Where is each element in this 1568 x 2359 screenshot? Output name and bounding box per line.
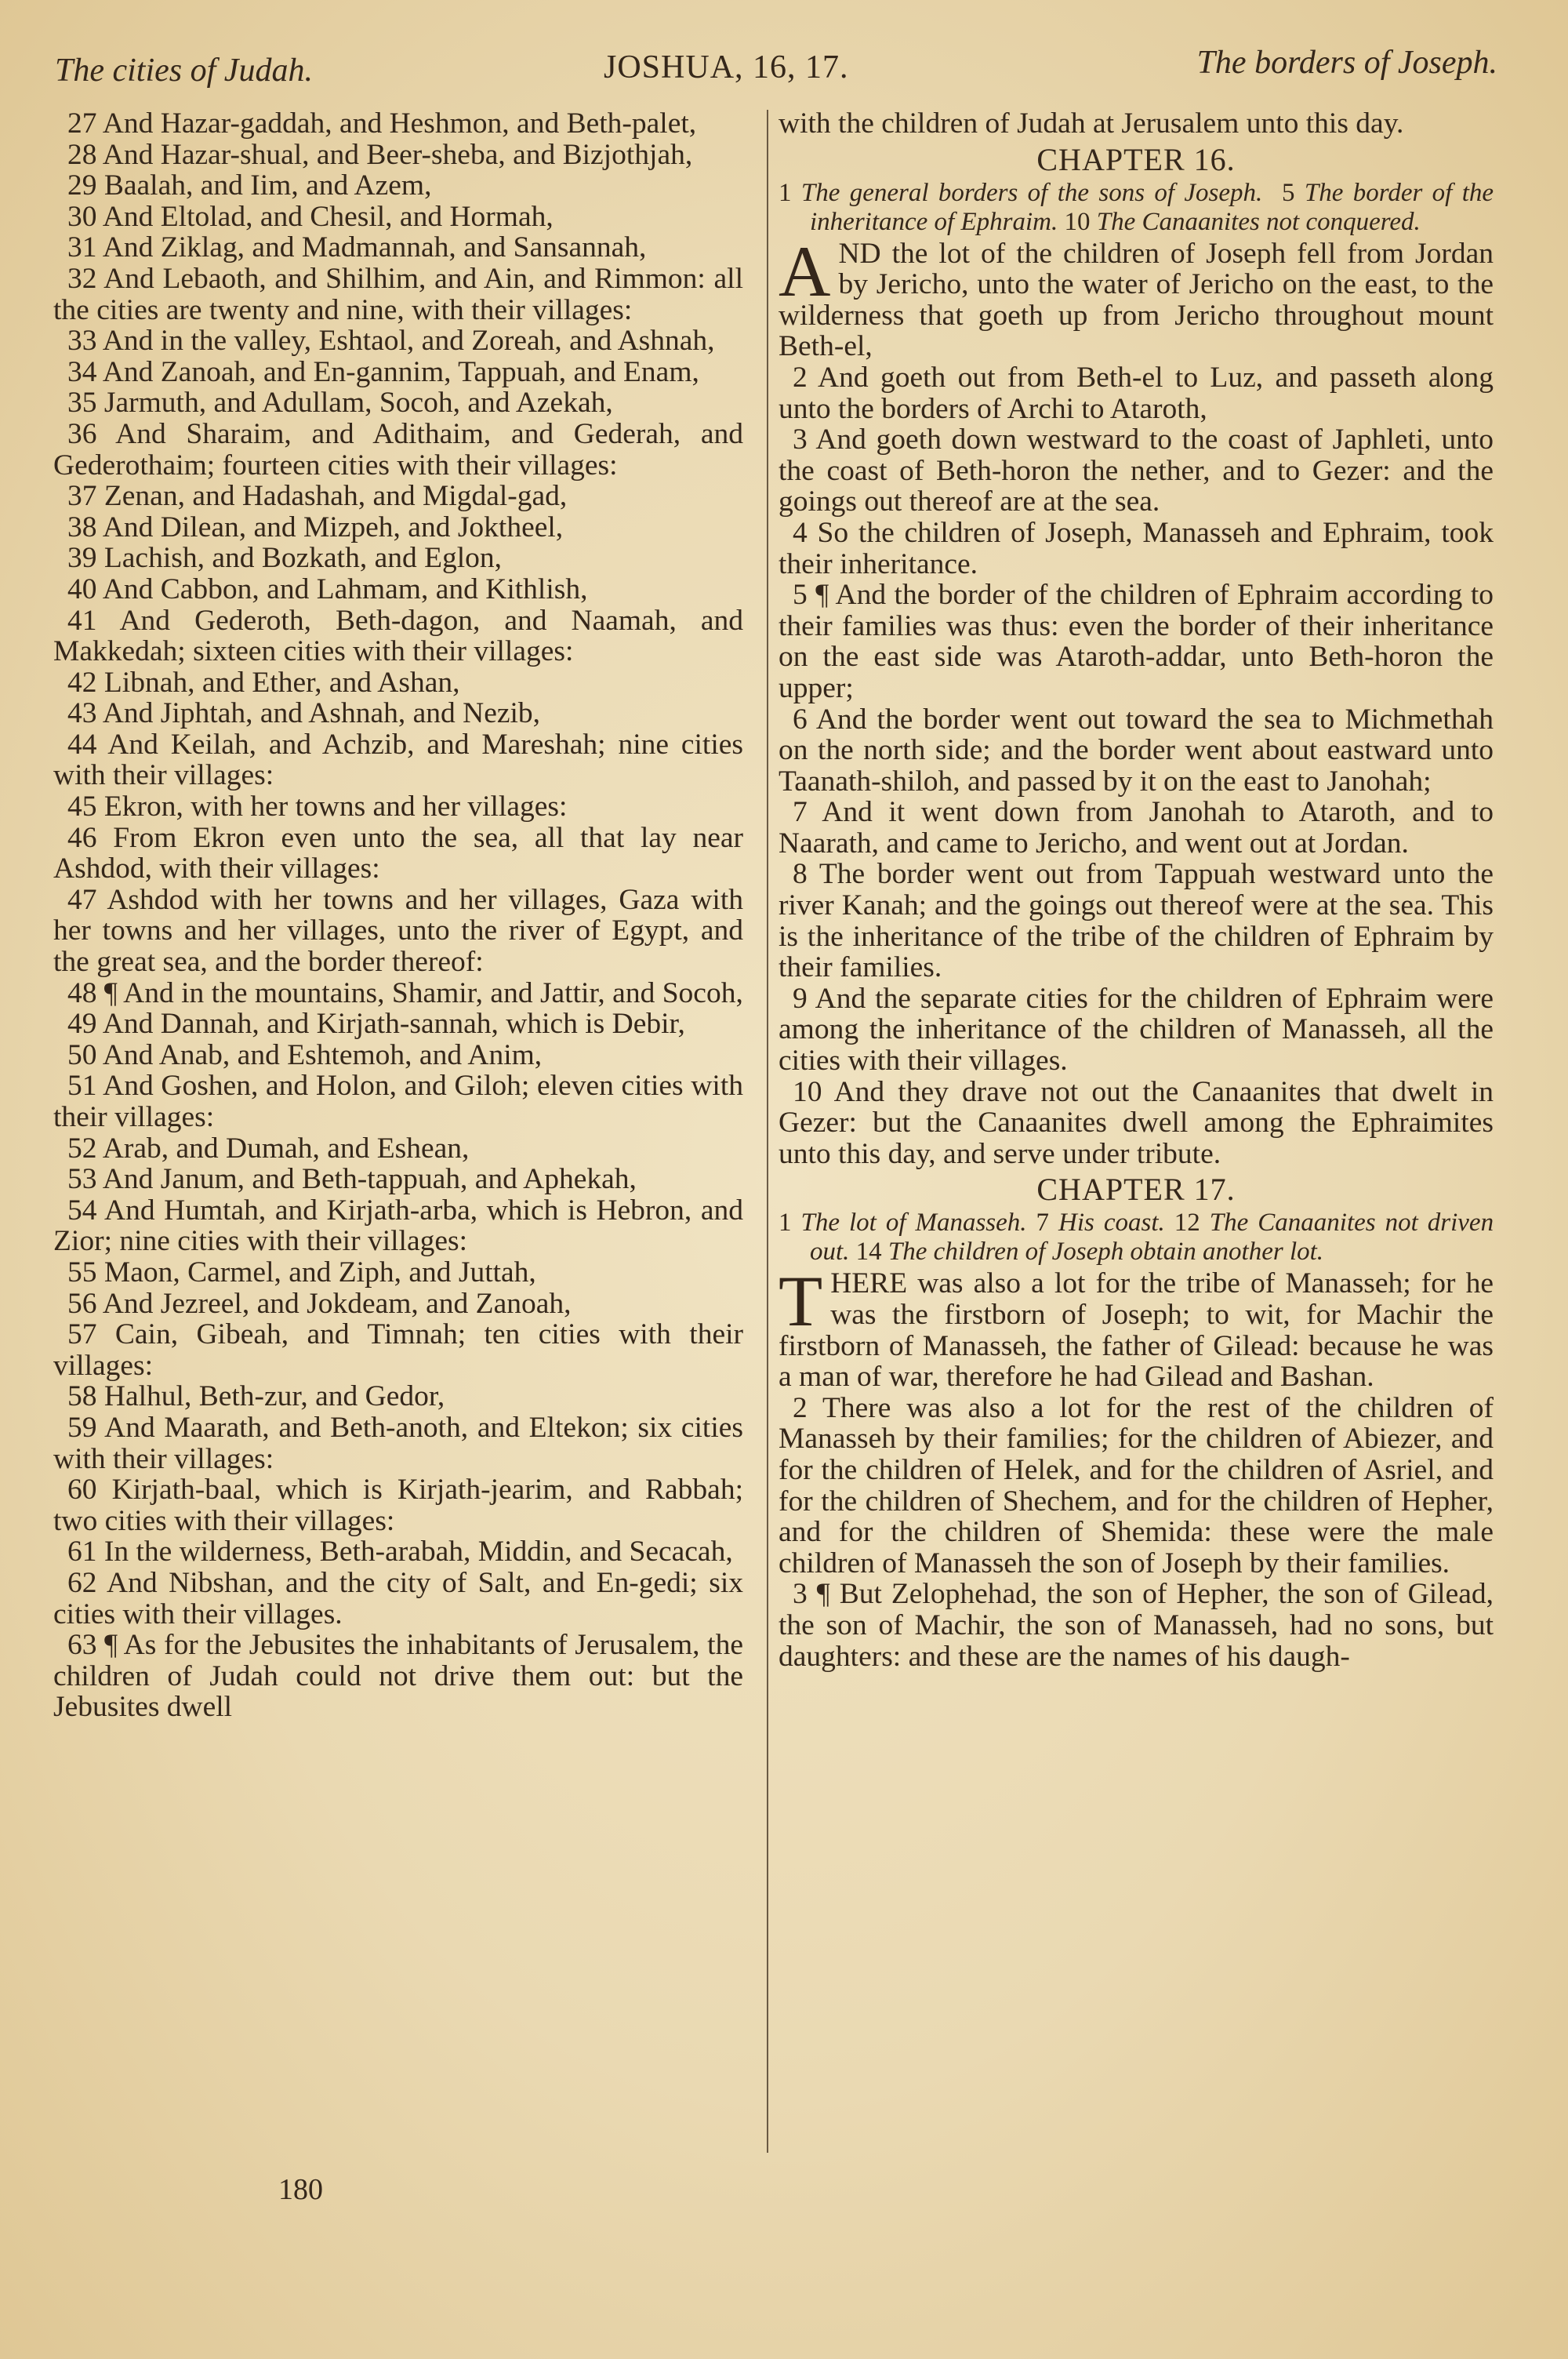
verse-text: And goeth down westward to the coast of … xyxy=(779,423,1494,518)
verse-number: 55 xyxy=(67,1256,97,1289)
verse-number: 46 xyxy=(67,822,97,854)
verse-text: And Cabbon, and Lahmam, and Kithlish, xyxy=(103,573,588,605)
verse: 9 And the separate cities for the childr… xyxy=(779,983,1494,1077)
verse: 38 And Dilean, and Mizpeh, and Joktheel, xyxy=(53,512,743,543)
verse: 57 Cain, Gibeah, and Timnah; ten cities … xyxy=(53,1319,743,1381)
verse: 35 Jarmuth, and Adullam, Socoh, and Azek… xyxy=(53,387,743,419)
verse: 53 And Janum, and Beth-tappuah, and Aphe… xyxy=(53,1164,743,1195)
verse: 32 And Lebaoth, and Shilhim, and Ain, an… xyxy=(53,264,743,325)
chapter-16-verses: 2 And goeth out from Beth-el to Luz, and… xyxy=(779,362,1494,1169)
verse: 55 Maon, Carmel, and Ziph, and Juttah, xyxy=(53,1257,743,1289)
verse-text: And in the valley, Eshtaol, and Zoreah, … xyxy=(103,325,715,357)
verse: 49 And Dannah, and Kirjath-sannah, which… xyxy=(53,1009,743,1040)
verse-number: 3 xyxy=(793,423,808,456)
verse-text: There was also a lot for the rest of the… xyxy=(779,1392,1494,1579)
verse-number: 28 xyxy=(67,139,97,171)
verse: 4 So the children of Joseph, Manasseh an… xyxy=(779,518,1494,580)
verse: 52 Arab, and Dumah, and Eshean, xyxy=(53,1133,743,1165)
verse-number: 62 xyxy=(67,1567,97,1599)
left-column: 27 And Hazar-gaddah, and Heshmon, and Be… xyxy=(53,108,743,1723)
verse-text: From Ekron even unto the sea, all that l… xyxy=(53,822,743,885)
verse: 7 And it went down from Janohah to Ataro… xyxy=(779,797,1494,859)
verse-text: And Hazar-shual, and Beer-sheba, and Biz… xyxy=(103,139,692,171)
verse-number: 50 xyxy=(67,1039,97,1071)
verse: 60 Kirjath-baal, which is Kirjath-jearim… xyxy=(53,1474,743,1536)
verse-text: And the border went out toward the sea t… xyxy=(779,703,1494,798)
verse-number: 27 xyxy=(67,107,97,140)
verse-number: 34 xyxy=(67,356,97,388)
verse-number: 54 xyxy=(67,1194,97,1227)
verse: 5 ¶ And the border of the children of Ep… xyxy=(779,580,1494,703)
chapter-16-title: CHAPTER 16. xyxy=(779,143,1494,177)
verse-text: ¶ As for the Jebusites the inhabitants o… xyxy=(53,1629,743,1723)
verse-number: 49 xyxy=(67,1008,97,1040)
verse-number: 38 xyxy=(67,511,97,543)
verse-text: And Humtah, and Kirjath-arba, which is H… xyxy=(53,1194,743,1258)
verse-text: ¶ But Zelophehad, the son of Hepher, the… xyxy=(779,1578,1494,1672)
verse-text: Zenan, and Hadashah, and Migdal-gad, xyxy=(104,480,567,512)
verse-text: And Keilah, and Achzib, and Mareshah; ni… xyxy=(53,729,743,792)
verse-text: So the children of Joseph, Manasseh and … xyxy=(779,517,1494,580)
header-left: The cities of Judah. xyxy=(55,52,313,89)
verse: 37 Zenan, and Hadashah, and Migdal-gad, xyxy=(53,481,743,512)
verse: 33 And in the valley, Eshtaol, and Zorea… xyxy=(53,325,743,357)
verse-text: And Sharaim, and Adithaim, and Gederah, … xyxy=(53,418,743,482)
verse: 2 And goeth out from Beth-el to Luz, and… xyxy=(779,362,1494,424)
verse: 43 And Jiphtah, and Ashnah, and Nezib, xyxy=(53,698,743,729)
verse-number: 7 xyxy=(793,796,808,828)
verse-text: Baalah, and Iim, and Azem, xyxy=(104,169,432,202)
verse-text: Jarmuth, and Adullam, Socoh, and Azekah, xyxy=(104,387,613,419)
dropcap: T xyxy=(779,1271,822,1331)
verse-number: 44 xyxy=(67,729,97,761)
verse-text: And they drave not out the Canaanites th… xyxy=(779,1076,1494,1170)
verse-number: 37 xyxy=(67,480,97,512)
verse: 41 And Gederoth, Beth-dagon, and Naamah,… xyxy=(53,605,743,667)
verse: 34 And Zanoah, and En-gannim, Tappuah, a… xyxy=(53,357,743,388)
verse-number: 51 xyxy=(67,1070,97,1102)
verse-text: Lachish, and Bozkath, and Eglon, xyxy=(104,542,502,574)
verse-number: 47 xyxy=(67,884,97,916)
verse-number: 60 xyxy=(67,1474,97,1506)
running-head: The cities of Judah. JOSHUA, 16, 17. The… xyxy=(55,45,1497,93)
verse: 50 And Anab, and Eshtemoh, and Anim, xyxy=(53,1040,743,1071)
verse: 10 And they drave not out the Canaanites… xyxy=(779,1077,1494,1170)
header-right: The borders of Joseph. xyxy=(1197,44,1497,82)
verse-text: The border went out from Tappuah westwar… xyxy=(779,858,1494,983)
verse: 6 And the border went out toward the sea… xyxy=(779,704,1494,798)
chapter-17-verses: 2 There was also a lot for the rest of t… xyxy=(779,1393,1494,1672)
continuation-text: with the children of Judah at Jerusalem … xyxy=(779,108,1494,140)
verse: 27 And Hazar-gaddah, and Heshmon, and Be… xyxy=(53,108,743,140)
verse-text: ¶ And the border of the children of Ephr… xyxy=(779,579,1494,704)
verse-number: 53 xyxy=(67,1163,97,1195)
verse-text: And it went down from Janohah to Ataroth… xyxy=(779,796,1494,860)
verse-number: 9 xyxy=(793,983,808,1015)
verse: 3 And goeth down westward to the coast o… xyxy=(779,424,1494,518)
verse: 44 And Keilah, and Achzib, and Mareshah;… xyxy=(53,729,743,791)
summary-line: 1 The lot of Manasseh. 7 His coast. 12 T… xyxy=(779,1209,1494,1267)
verse-number: 42 xyxy=(67,667,97,699)
verse-text: And Zanoah, and En-gannim, Tappuah, and … xyxy=(103,356,699,388)
verse: 3 ¶ But Zelophehad, the son of Hepher, t… xyxy=(779,1579,1494,1672)
verse-text: And goeth out from Beth-el to Luz, and p… xyxy=(779,362,1494,425)
verse-number: 35 xyxy=(67,387,97,419)
header-center: JOSHUA, 16, 17. xyxy=(604,49,849,86)
verse-text: Ashdod with her towns and her villages, … xyxy=(53,884,743,978)
verse: 56 And Jezreel, and Jokdeam, and Zanoah, xyxy=(53,1289,743,1320)
verse-number: 61 xyxy=(67,1536,97,1568)
verse-number: 40 xyxy=(67,573,97,605)
verse-text: Libnah, and Ether, and Ashan, xyxy=(104,667,460,699)
verse-text: And Jiphtah, and Ashnah, and Nezib, xyxy=(103,697,540,729)
verse-text: And the separate cities for the children… xyxy=(779,983,1494,1077)
verse-number: 5 xyxy=(793,579,808,611)
verse-text: And Maarath, and Beth-anoth, and Eltekon… xyxy=(53,1412,743,1475)
verse-number: 2 xyxy=(793,362,808,394)
verse-number: 32 xyxy=(67,263,97,295)
verse: 59 And Maarath, and Beth-anoth, and Elte… xyxy=(53,1412,743,1474)
verse-text: And Ziklag, and Madmannah, and Sansannah… xyxy=(103,231,647,264)
verse-text: Kirjath-baal, which is Kirjath-jearim, a… xyxy=(53,1474,743,1537)
verse: 42 Libnah, and Ether, and Ashan, xyxy=(53,667,743,699)
verse: 47 Ashdod with her towns and her village… xyxy=(53,885,743,978)
verse: 31 And Ziklag, and Madmannah, and Sansan… xyxy=(53,232,743,264)
verse-text: And Anab, and Eshtemoh, and Anim, xyxy=(103,1039,542,1071)
right-column: with the children of Judah at Jerusalem … xyxy=(779,108,1494,1672)
verse-number: 36 xyxy=(67,418,97,450)
verse-number: 29 xyxy=(67,169,97,202)
verse-number: 57 xyxy=(67,1318,97,1350)
verse-number: 45 xyxy=(67,791,97,823)
verse-text: And Dilean, and Mizpeh, and Joktheel, xyxy=(103,511,563,543)
verse-text: And Gederoth, Beth-dagon, and Naamah, an… xyxy=(53,605,743,668)
verse-number: 8 xyxy=(793,858,808,890)
verse-number: 41 xyxy=(67,605,97,637)
verse: 51 And Goshen, and Holon, and Giloh; ele… xyxy=(53,1070,743,1132)
verse-text: And Janum, and Beth-tappuah, and Aphekah… xyxy=(103,1163,637,1195)
chapter-17-title: CHAPTER 17. xyxy=(779,1172,1494,1207)
verse: 29 Baalah, and Iim, and Azem, xyxy=(53,170,743,202)
verse-text: And Jezreel, and Jokdeam, and Zanoah, xyxy=(103,1288,572,1320)
verse-number: 39 xyxy=(67,542,97,574)
verse-number: 4 xyxy=(793,517,808,549)
verse-number: 43 xyxy=(67,697,97,729)
verse: 30 And Eltolad, and Chesil, and Hormah, xyxy=(53,202,743,233)
verse-text: And Lebaoth, and Shilhim, and Ain, and R… xyxy=(53,263,743,326)
page-number: 180 xyxy=(278,2172,323,2207)
dropcap: A xyxy=(779,242,830,301)
verse-number: 58 xyxy=(67,1380,97,1412)
verse-text: And Eltolad, and Chesil, and Hormah, xyxy=(103,201,554,233)
verse-number: 31 xyxy=(67,231,97,264)
verse-number: 10 xyxy=(793,1076,822,1108)
verse-number: 48 xyxy=(67,977,97,1009)
verse: 63 ¶ As for the Jebusites the inhabitant… xyxy=(53,1630,743,1723)
verse-number: 6 xyxy=(793,703,808,736)
verse: 45 Ekron, with her towns and her village… xyxy=(53,791,743,823)
verse-number: 63 xyxy=(67,1629,97,1661)
verse: 62 And Nibshan, and the city of Salt, an… xyxy=(53,1568,743,1630)
verse: 28 And Hazar-shual, and Beer-sheba, and … xyxy=(53,140,743,171)
chapter-17-summary: 1 The lot of Manasseh. 7 His coast. 12 T… xyxy=(779,1209,1494,1267)
verse-text: Ekron, with her towns and her villages: xyxy=(104,791,568,823)
verse-number: 52 xyxy=(67,1132,97,1165)
verse: 54 And Humtah, and Kirjath-arba, which i… xyxy=(53,1195,743,1257)
verse-text: And Dannah, and Kirjath-sannah, which is… xyxy=(103,1008,685,1040)
verse: 8 The border went out from Tappuah westw… xyxy=(779,859,1494,983)
chapter-17-verse-1: THERE was also a lot for the tribe of Ma… xyxy=(779,1268,1494,1392)
verse-text: And Nibshan, and the city of Salt, and E… xyxy=(53,1567,743,1630)
verse-number: 56 xyxy=(67,1288,97,1320)
verse: 58 Halhul, Beth-zur, and Gedor, xyxy=(53,1381,743,1412)
verse: 46 From Ekron even unto the sea, all tha… xyxy=(53,823,743,885)
verse-text: And Hazar-gaddah, and Heshmon, and Beth-… xyxy=(103,107,696,140)
verse: 61 In the wilderness, Beth-arabah, Middi… xyxy=(53,1536,743,1568)
verse: 36 And Sharaim, and Adithaim, and Gedera… xyxy=(53,419,743,481)
column-divider xyxy=(767,110,768,2153)
verse: 40 And Cabbon, and Lahmam, and Kithlish, xyxy=(53,574,743,605)
verse-text: ¶ And in the mountains, Shamir, and Jatt… xyxy=(104,977,743,1009)
verse-text: Maon, Carmel, and Ziph, and Juttah, xyxy=(104,1256,536,1289)
verse-text: And Goshen, and Holon, and Giloh; eleven… xyxy=(53,1070,743,1133)
verse-number: 59 xyxy=(67,1412,97,1444)
verse-number: 30 xyxy=(67,201,97,233)
verse-number: 3 xyxy=(793,1578,808,1610)
verse: 2 There was also a lot for the rest of t… xyxy=(779,1393,1494,1579)
verse-number: 33 xyxy=(67,325,97,357)
chapter-16-verse-1: AND the lot of the children of Joseph fe… xyxy=(779,238,1494,362)
verse-text: In the wilderness, Beth-arabah, Middin, … xyxy=(104,1536,733,1568)
verse: 48 ¶ And in the mountains, Shamir, and J… xyxy=(53,978,743,1009)
verse: 39 Lachish, and Bozkath, and Eglon, xyxy=(53,543,743,574)
verse-text: Arab, and Dumah, and Eshean, xyxy=(103,1132,470,1165)
chapter-16-summary: 1 The general borders of the sons of Jos… xyxy=(779,179,1494,237)
verse-number: 2 xyxy=(793,1392,808,1424)
verse-text: Cain, Gibeah, and Timnah; ten cities wit… xyxy=(53,1318,743,1382)
summary-line: 1 The general borders of the sons of Jos… xyxy=(779,179,1494,237)
verse-text: Halhul, Beth-zur, and Gedor, xyxy=(104,1380,445,1412)
